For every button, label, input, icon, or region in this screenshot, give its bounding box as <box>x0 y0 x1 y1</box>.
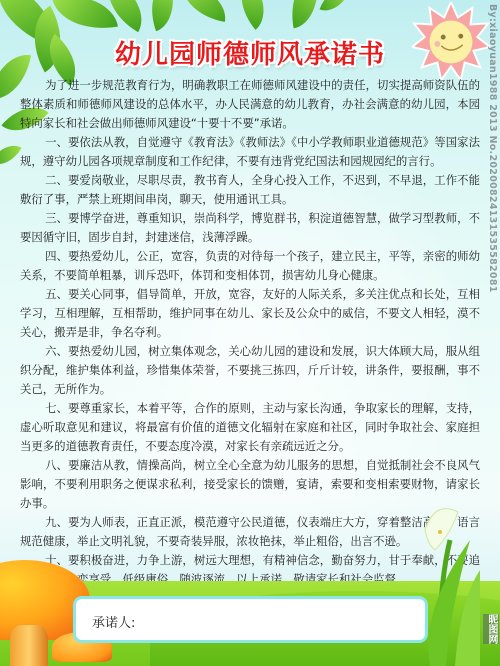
mushroom-stem-decoration <box>10 625 48 666</box>
site-logo-watermark: 昵图网 <box>483 614 499 644</box>
pledge-item-2: 二、要爱岗敬业，尽职尽责，教书育人，全身心投入工作，不迟到，不早退，工作不能敷衍… <box>20 171 480 209</box>
signature-box[interactable]: 承诺人: <box>73 596 428 643</box>
poster: 幼儿园师德师风承诺书 为了进一步规范教育行为，明确教职工在师德师风建设中的责任，… <box>0 0 500 666</box>
side-watermark: By:xiaoyuan1988 2013 No.2020082413153558… <box>484 4 498 584</box>
pledge-item-6: 六、要热爱幼儿园，树立集体观念，关心幼儿园的建设和发展，识大体顾大局，服从组织分… <box>20 342 480 399</box>
pledge-item-5: 五、要关心同事，倡导简单，开放，宽容，友好的人际关系，多关注优点和长处，互相学习… <box>20 285 480 342</box>
pledge-item-1: 一、要依法从教，自觉遵守《教育法》《教师法》《中小学教师职业道德规范》等国家法规… <box>20 133 480 171</box>
pledge-item-7: 七、要尊重家长，本着平等，合作的原则，主动与家长沟通，争取家长的理解，支持，虚心… <box>20 399 480 456</box>
pledge-item-4: 四、要热爱幼儿，公正，宽容，负责的对待每一个孩子，建立民主，平等，亲密的师幼关系… <box>20 247 480 285</box>
page-title: 幼儿园师德师风承诺书 <box>0 34 500 71</box>
intro-paragraph: 为了进一步规范教育行为，明确教职工在师德师风建设中的责任，切实提高师资队伍的整体… <box>20 76 480 133</box>
pledge-item-3: 三、要博学奋进，尊重知识，崇尚科学，博览群书，积淀道德智慧，做学习型教师，不要因… <box>20 209 480 247</box>
signature-label: 承诺人: <box>92 612 135 631</box>
